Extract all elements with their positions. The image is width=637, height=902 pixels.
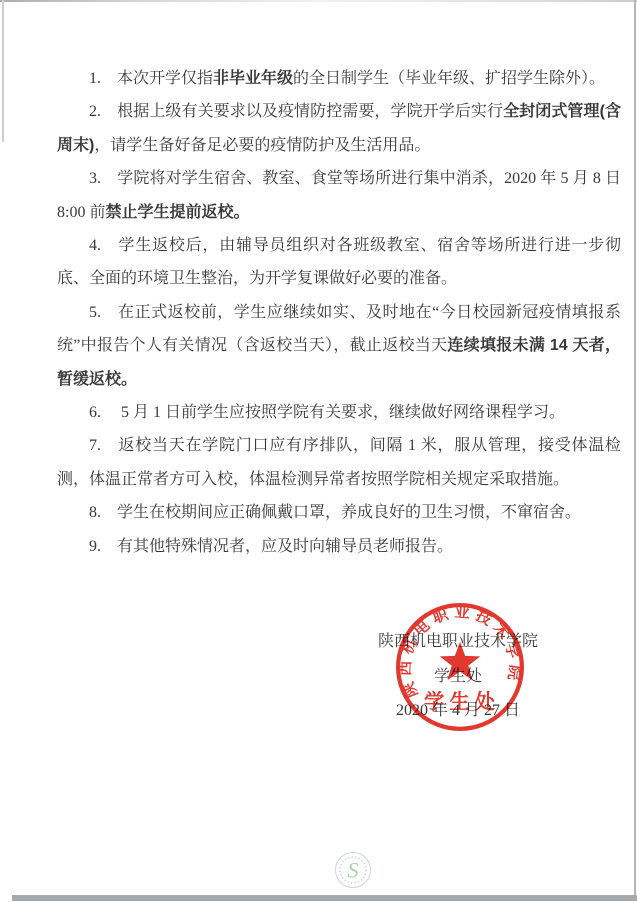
- notice-text: 9. 有其他特殊情况者，应及时向辅导员老师报告。: [89, 538, 453, 555]
- notice-text-bold: 非毕业年级: [213, 70, 293, 87]
- notice-text: 8. 学生在校期间应正确佩戴口罩，养成良好的卫生习惯，不窜宿舍。: [89, 504, 581, 521]
- notice-text: 2. 根据上级有关要求以及疫情防控需要，学院开学后实行: [89, 103, 503, 120]
- notice-text: ，请学生备好备足必要的疫情防护及生活用品。: [94, 137, 430, 154]
- notice-text: 7. 返校当天在学院门口应有序排队，间隔 1 米，服从管理，接受体温检测，体温正…: [57, 437, 621, 487]
- notice-item: 4. 学生返校后，由辅导员组织对各班级教室、宿舍等场所进行进一步彻底、全面的环境…: [57, 229, 621, 296]
- notice-item: 7. 返校当天在学院门口应有序排队，间隔 1 米，服从管理，接受体温检测，体温正…: [57, 429, 621, 496]
- notice-text: 4. 学生返校后，由辅导员组织对各班级教室、宿舍等场所进行进一步彻底、全面的环境…: [57, 237, 621, 287]
- document-page: 1. 本次开学仅指非毕业年级的全日制学生（毕业年级、扩招学生除外）。2. 根据上…: [0, 0, 637, 902]
- notice-text: 的全日制学生（毕业年级、扩招学生除外）。: [293, 70, 605, 87]
- notice-text: 6. 5 月 1 日前学生应按照学院有关要求，继续做好网络课程学习。: [89, 404, 565, 421]
- watermark-logo: S: [334, 851, 372, 889]
- notice-item: 8. 学生在校期间应正确佩戴口罩，养成良好的卫生习惯，不窜宿舍。: [57, 496, 621, 529]
- notice-item: 9. 有其他特殊情况者，应及时向辅导员老师报告。: [57, 530, 621, 563]
- scan-edge-bottom: [12, 895, 637, 901]
- official-seal: 陕西机电职业技术学院 学生处: [389, 596, 531, 738]
- notice-item: 5. 在正式返校前，学生应继续如实、及时地在“今日校园新冠疫情填报系统”中报告个…: [57, 296, 621, 396]
- scan-edge-top: [0, 0, 637, 2]
- notice-text: 1. 本次开学仅指: [89, 70, 213, 87]
- star-icon: [440, 642, 481, 681]
- scan-edge-left: [2, 0, 4, 142]
- notice-item: 2. 根据上级有关要求以及疫情防控需要，学院开学后实行全封闭式管理(含周末)，请…: [57, 95, 621, 162]
- notice-item: 3. 学院将对学生宿舍、教室、食堂等场所进行集中消杀，2020 年 5 月 8 …: [57, 162, 621, 229]
- watermark-letter: S: [348, 858, 359, 883]
- notice-item: 6. 5 月 1 日前学生应按照学院有关要求，继续做好网络课程学习。: [57, 396, 621, 429]
- notice-item: 1. 本次开学仅指非毕业年级的全日制学生（毕业年级、扩招学生除外）。: [57, 62, 621, 95]
- notice-body: 1. 本次开学仅指非毕业年级的全日制学生（毕业年级、扩招学生除外）。2. 根据上…: [57, 62, 621, 563]
- seal-center-text: 学生处: [424, 690, 500, 714]
- notice-text-bold: 禁止学生提前返校。: [105, 204, 249, 221]
- scan-edge-right: [634, 0, 636, 895]
